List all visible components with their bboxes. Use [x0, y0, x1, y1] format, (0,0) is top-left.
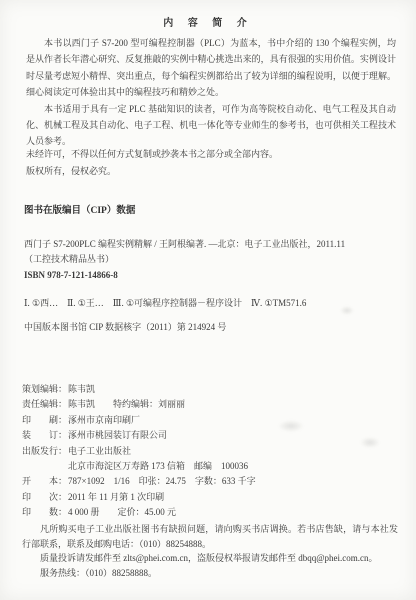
- content-summary-title: 内 容 简 介: [0, 14, 416, 29]
- colophon-label: 印 数：: [22, 505, 68, 520]
- colophon-label: 策划编辑：: [22, 382, 68, 397]
- purchase-service-block: 凡所购买电子工业出版社图书有缺损问题，请向购买书店调换。若书店售缺，请与本社发行…: [22, 522, 398, 580]
- colophon-value: 787×1092 1/16 印张：24.75 字数：633 千字: [68, 474, 256, 489]
- defective-copy-notice: 凡所购买电子工业出版社图书有缺损问题，请向购买书店调换。若书店售缺，请与本社发行…: [22, 522, 398, 551]
- colophon-value: 电子工业出版社: [68, 444, 131, 459]
- colophon-row-copies-price: 印 数： 4 000 册 定价：45.00 元: [22, 505, 398, 520]
- isbn-number: ISBN 978-7-121-14866-8: [24, 268, 398, 283]
- colophon-label: 印 刷：: [22, 413, 68, 428]
- colophon-row-format: 开 本： 787×1092 1/16 印张：24.75 字数：633 千字: [22, 474, 398, 489]
- content-summary-block: 本书以西门子 S7-200 型可编程控制器（PLC）为蓝本，书中介绍的 130 …: [26, 35, 396, 150]
- complaint-email-line: 质量投诉请发邮件至 zlts@phei.com.cn，盗版侵权举报请发邮件至 d…: [22, 551, 398, 566]
- colophon-value: 北京市海淀区万寿路 173 信箱 邮编 100036: [68, 459, 248, 474]
- colophon-label: 出版发行：: [22, 444, 68, 459]
- colophon-label: [22, 459, 68, 474]
- cip-title-line: 西门子 S7-200PLC 编程实例精解 / 王阿根编著. —北京：电子工业出版…: [24, 237, 398, 252]
- colophon-label: 责任编辑：: [22, 397, 68, 412]
- book-copyright-page: 内 容 简 介 本书以西门子 S7-200 型可编程控制器（PLC）为蓝本，书中…: [0, 0, 416, 600]
- colophon-value: 涿州市京南印刷厂: [68, 413, 140, 428]
- scan-smudge: [278, 420, 304, 432]
- colophon-label: 印 次：: [22, 490, 68, 505]
- summary-paragraph-1: 本书以西门子 S7-200 型可编程控制器（PLC）为蓝本，书中介绍的 130 …: [26, 35, 396, 101]
- colophon-row-publisher-address: 北京市海淀区万寿路 173 信箱 邮编 100036: [22, 459, 398, 474]
- cip-data-heading: 图书在版编目（CIP）数据: [24, 202, 135, 216]
- colophon-value: 陈韦凯: [68, 382, 95, 397]
- cip-series-line: （工控技术精品丛书）: [24, 252, 398, 267]
- all-rights-reserved-notice: 版权所有，侵权必究。: [26, 163, 396, 180]
- scan-smudge: [340, 306, 354, 315]
- colophon-row-publisher: 出版发行： 电子工业出版社: [22, 444, 398, 459]
- colophon-row-print-run-date: 印 次： 2011 年 11 月第 1 次印刷: [22, 490, 398, 505]
- copyright-notice-block: 未经许可，不得以任何方式复制或抄袭本书之部分或全部内容。 版权所有，侵权必究。: [26, 146, 396, 179]
- colophon-row-binder: 装 订： 涿州市桃园装订有限公司: [22, 428, 398, 443]
- colophon-row-responsible-editor: 责任编辑： 陈韦凯 特约编辑：刘丽丽: [22, 397, 398, 412]
- colophon-row-printer: 印 刷： 涿州市京南印刷厂: [22, 413, 398, 428]
- colophon-value: 2011 年 11 月第 1 次印刷: [68, 490, 164, 505]
- service-hotline-line: 服务热线：（010）88258888。: [22, 566, 398, 581]
- colophon-value: 陈韦凯 特约编辑：刘丽丽: [68, 397, 185, 412]
- colophon-block: 策划编辑： 陈韦凯 责任编辑： 陈韦凯 特约编辑：刘丽丽 印 刷： 涿州市京南印…: [22, 382, 398, 521]
- scan-smudge: [360, 437, 380, 448]
- cip-data-block: 西门子 S7-200PLC 编程实例精解 / 王阿根编著. —北京：电子工业出版…: [24, 237, 398, 335]
- colophon-value: 涿州市桃园装订有限公司: [68, 428, 167, 443]
- colophon-label: 装 订：: [22, 428, 68, 443]
- summary-paragraph-2: 本书适用于具有一定 PLC 基础知识的读者，可作为高等院校自动化、电气工程及其自…: [26, 101, 396, 150]
- no-copying-notice: 未经许可，不得以任何方式复制或抄袭本书之部分或全部内容。: [26, 146, 396, 163]
- cip-record-number: 中国版本图书馆 CIP 数据核字（2011）第 214924 号: [24, 320, 398, 335]
- colophon-row-planning-editor: 策划编辑： 陈韦凯: [22, 382, 398, 397]
- colophon-label: 开 本：: [22, 474, 68, 489]
- colophon-value: 4 000 册 定价：45.00 元: [68, 505, 176, 520]
